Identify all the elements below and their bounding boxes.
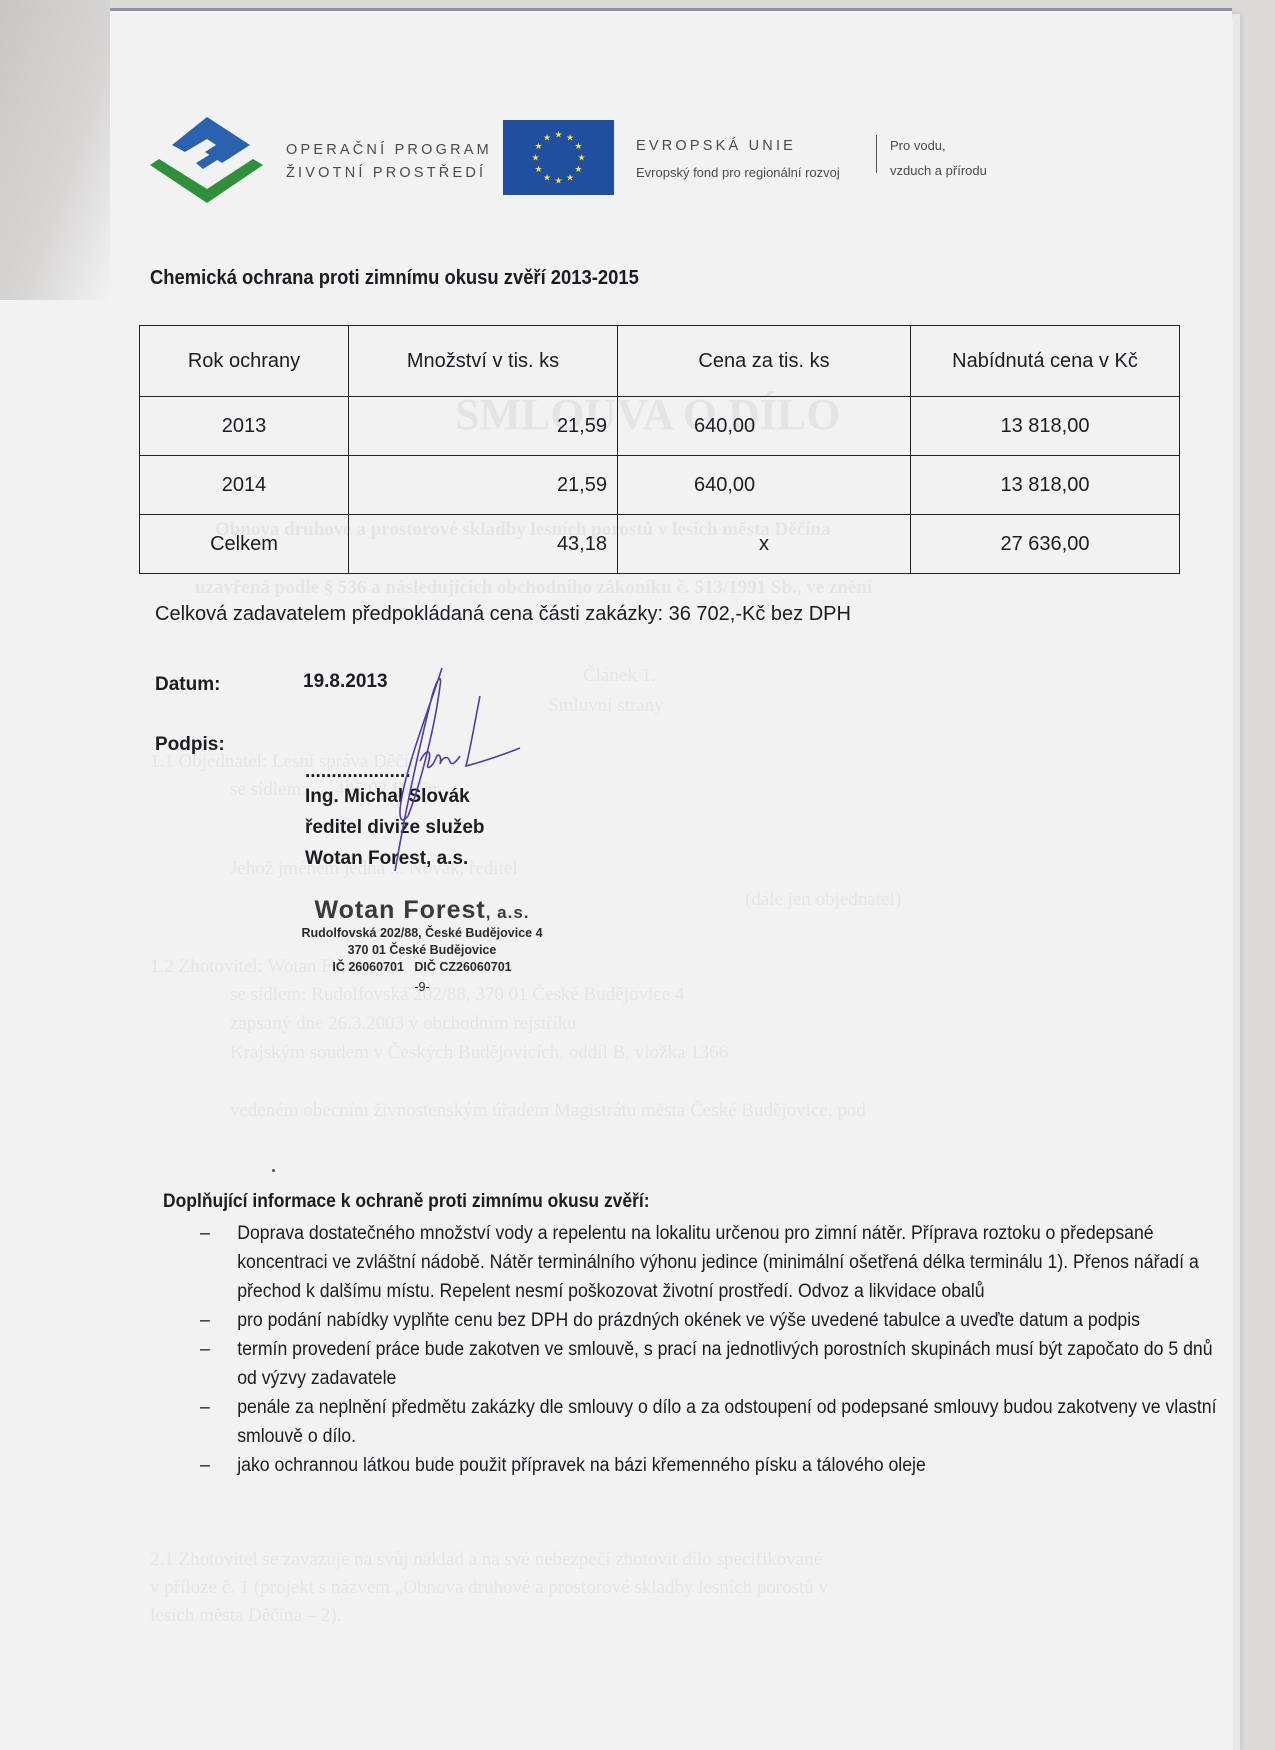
handwritten-signature-icon: [380, 666, 530, 876]
list-item: –termín provedení práce bude zakotven ve…: [200, 1335, 1223, 1393]
cell-offered-price: 13 818,00: [911, 456, 1180, 515]
table-row: 2013 21,59 640,00 13 818,00: [140, 397, 1180, 456]
list-item: –jako ochrannou látkou bude použit přípr…: [200, 1451, 1223, 1480]
show-through-text: Článek 1.: [583, 665, 656, 687]
op-line-1: OPERAČNÍ PROGRAM: [286, 139, 492, 162]
svg-text:★: ★: [535, 141, 543, 151]
show-through-text: v příloze č. 1 (projekt s názvem „Obnova…: [150, 1577, 828, 1599]
document-title: Chemická ochrana proti zimnímu okusu zvě…: [150, 267, 639, 290]
table-row-total: Celkem 43,18 x 27 636,00: [140, 515, 1180, 574]
dash-bullet-icon: –: [200, 1306, 210, 1335]
show-through-text: lesích města Děčína – 2).: [150, 1605, 342, 1627]
svg-text:★: ★: [574, 164, 582, 174]
signature-label: Podpis:: [155, 734, 225, 756]
svg-text:★: ★: [574, 141, 582, 151]
svg-text:★: ★: [566, 172, 574, 182]
cell-unit-price: x: [618, 515, 911, 574]
document-page: SMLOUVA O DÍLO Obnova druhové a prostoro…: [0, 8, 1232, 1750]
page-number: -9-: [288, 980, 556, 994]
list-item-text: termín provedení práce bude zakotven ve …: [237, 1339, 1212, 1389]
cell-quantity: 21,59: [349, 397, 618, 456]
operacni-program-logo-icon: [150, 117, 265, 209]
show-through-text: vedeném obecním živnostenským úřadem Mag…: [230, 1100, 866, 1122]
svg-text:★: ★: [554, 176, 562, 186]
slogan: Pro vodu, vzduch a přírodu: [890, 133, 987, 183]
date-value: 19.8.2013: [303, 671, 388, 693]
show-through-text: zapsaný dne 26.3.2003 v obchodním rejstř…: [230, 1013, 577, 1035]
svg-text:★: ★: [554, 130, 562, 140]
svg-text:★: ★: [543, 133, 551, 143]
page-fold-shadow: [0, 0, 110, 300]
dash-bullet-icon: –: [200, 1335, 210, 1364]
dash-bullet-icon: –: [200, 1219, 210, 1248]
cell-offered-price: 13 818,00: [911, 397, 1180, 456]
cell-offered-price: 27 636,00: [911, 515, 1180, 574]
header-divider: [876, 135, 877, 173]
dash-bullet-icon: –: [200, 1451, 210, 1480]
show-through-text: Smluvní strany: [548, 695, 664, 717]
cell-unit-price: 640,00: [618, 397, 911, 456]
op-line-2: ŽIVOTNÍ PROSTŘEDÍ: [286, 162, 492, 185]
list-item-text: pro podání nabídky vyplňte cenu bez DPH …: [237, 1310, 1140, 1331]
list-item-text: jako ochrannou látkou bude použit přípra…: [237, 1455, 926, 1476]
info-title: Doplňující informace k ochraně proti zim…: [163, 1191, 650, 1213]
column-header: Rok ochrany: [140, 326, 349, 397]
cell-total-label: Celkem: [140, 515, 349, 574]
show-through-text: (dále jen objednatel): [745, 889, 901, 911]
stamp-address-2: 370 01 České Budějovice: [288, 942, 556, 959]
list-item: –pro podání nabídky vyplňte cenu bez DPH…: [200, 1306, 1223, 1335]
svg-text:★: ★: [543, 172, 551, 182]
eu-fund: Evropský fond pro regionální rozvoj: [636, 165, 840, 180]
svg-text:★: ★: [577, 153, 585, 163]
list-item-text: Doprava dostatečného množství vody a rep…: [237, 1223, 1199, 1302]
dash-bullet-icon: –: [200, 1393, 210, 1422]
info-list: –Doprava dostatečného množství vody a re…: [200, 1219, 1190, 1480]
stamp-ids: IČ 26060701 DIČ CZ26060701: [288, 959, 556, 976]
list-item: –penále za neplnění předmětu zakázky dle…: [200, 1393, 1223, 1451]
table-header-row: Rok ochrany Množství v tis. ks Cena za t…: [140, 326, 1180, 397]
eu-label: EVROPSKÁ UNIE Evropský fond pro regionál…: [636, 135, 840, 180]
column-header: Množství v tis. ks: [349, 326, 618, 397]
slogan-line-1: Pro vodu,: [890, 133, 987, 158]
cell-unit-price: 640,00: [618, 456, 911, 515]
show-through-text: uzavřená podle § 536 a následujících obc…: [195, 577, 872, 599]
stamp-address-1: Rudolfovská 202/88, České Budějovice 4: [288, 925, 556, 942]
company-stamp: Wotan Forest, a.s. Rudolfovská 202/88, Č…: [288, 896, 556, 994]
eu-flag-icon: ★★★★★★★★★★★★: [503, 120, 614, 195]
cell-quantity: 21,59: [349, 456, 618, 515]
date-label: Datum:: [155, 674, 220, 696]
list-item: –Doprava dostatečného množství vody a re…: [200, 1219, 1223, 1306]
svg-text:★: ★: [531, 153, 539, 163]
list-item-text: penále za neplnění předmětu zakázky dle …: [237, 1397, 1216, 1447]
show-through-text: 2.1 Zhotovitel se zavazuje na svůj nákla…: [150, 1549, 822, 1571]
estimated-price: Celková zadavatelem předpokládaná cena č…: [155, 603, 851, 626]
cell-quantity: 43,18: [349, 515, 618, 574]
op-program-name: OPERAČNÍ PROGRAM ŽIVOTNÍ PROSTŘEDÍ: [286, 139, 492, 185]
slogan-line-2: vzduch a přírodu: [890, 158, 987, 183]
table-row: 2014 21,59 640,00 13 818,00: [140, 456, 1180, 515]
stamp-company-name: Wotan Forest, a.s.: [288, 896, 556, 925]
column-header: Nabídnutá cena v Kč: [911, 326, 1180, 397]
eu-title: EVROPSKÁ UNIE: [636, 135, 840, 157]
show-through-text: Krajským soudem v Českých Budějovicích, …: [230, 1042, 728, 1064]
svg-text:★: ★: [535, 164, 543, 174]
cell-year: 2014: [140, 456, 349, 515]
svg-text:★: ★: [566, 133, 574, 143]
cell-year: 2013: [140, 397, 349, 456]
price-table: Rok ochrany Množství v tis. ks Cena za t…: [139, 325, 1180, 574]
column-header: Cena za tis. ks: [618, 326, 911, 397]
stray-dot: [272, 1169, 275, 1172]
